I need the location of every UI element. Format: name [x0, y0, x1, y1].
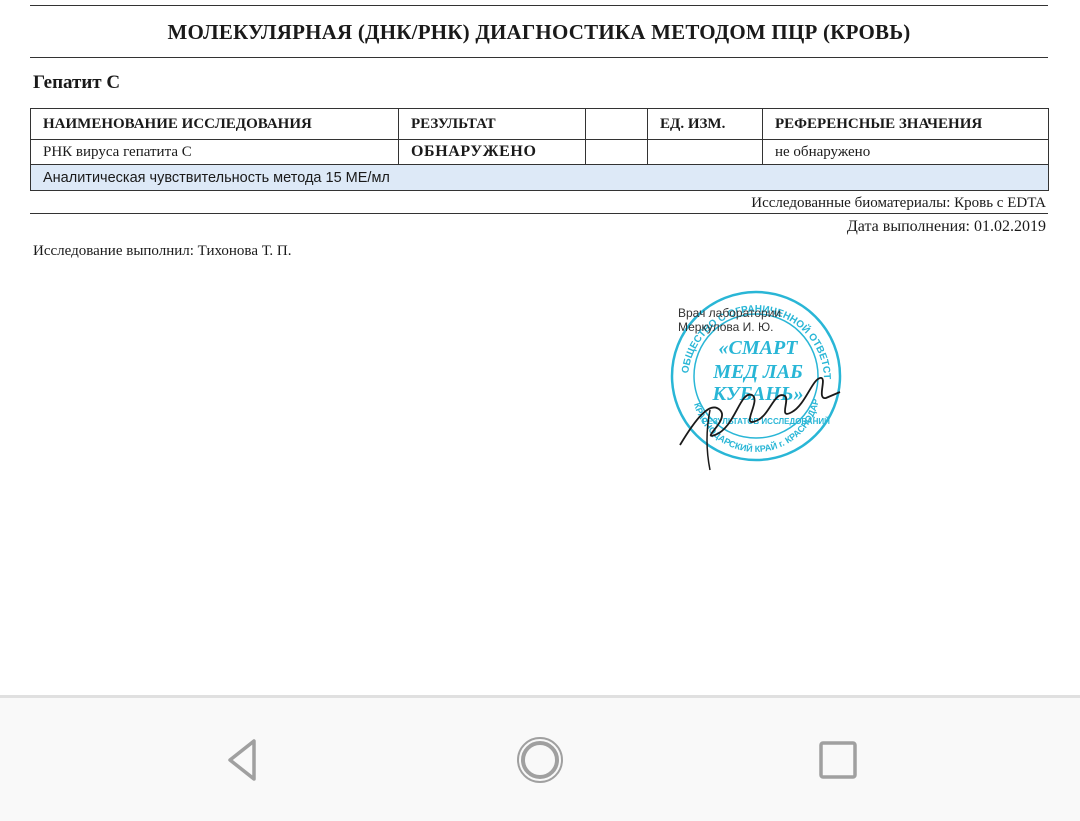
cell-test-name: РНК вируса гепатита С	[31, 140, 399, 165]
results-table: НАИМЕНОВАНИЕ ИССЛЕДОВАНИЯ РЕЗУЛЬТАТ ЕД. …	[30, 108, 1049, 191]
recents-button[interactable]	[808, 730, 868, 790]
home-button[interactable]	[510, 730, 570, 790]
home-circle-icon	[514, 734, 566, 786]
report-title: МОЛЕКУЛЯРНАЯ (ДНК/РНК) ДИАГНОСТИКА МЕТОД…	[30, 20, 1048, 45]
back-triangle-icon	[222, 736, 262, 784]
header-result: РЕЗУЛЬТАТ	[399, 109, 586, 140]
doctor-role: Врач лаборатории	[678, 306, 781, 320]
header-reference: РЕФЕРЕНСНЫЕ ЗНАЧЕНИЯ	[763, 109, 1049, 140]
completion-date: Дата выполнения: 01.02.2019	[847, 218, 1046, 236]
table-row: РНК вируса гепатита С ОБНАРУЖЕНО не обна…	[31, 140, 1049, 165]
cell-flag	[586, 140, 648, 165]
top-rule	[30, 5, 1048, 6]
stamp-icon: ОБЩЕСТВО С ОГРАНИЧЕННОЙ ОТВЕТСТВЕННОСТЬЮ…	[640, 270, 870, 480]
biomaterial-text: Исследованные биоматериалы: Кровь с EDTA	[751, 195, 1046, 212]
lab-stamp: ОБЩЕСТВО С ОГРАНИЧЕННОЙ ОТВЕТСТВЕННОСТЬЮ…	[640, 270, 870, 480]
signature-text: Врач лаборатории Меркулова И. Ю.	[678, 306, 781, 334]
table-note-row: Аналитическая чувствительность метода 15…	[31, 165, 1049, 191]
svg-text:МЕД ЛАБ: МЕД ЛАБ	[712, 361, 803, 383]
section-title: Гепатит С	[33, 72, 120, 94]
table-header-row: НАИМЕНОВАНИЕ ИССЛЕДОВАНИЯ РЕЗУЛЬТАТ ЕД. …	[31, 109, 1049, 140]
cell-units	[648, 140, 763, 165]
android-navigation-bar	[0, 695, 1080, 821]
sensitivity-note: Аналитическая чувствительность метода 15…	[31, 165, 1049, 191]
recents-square-icon	[816, 738, 860, 782]
cell-reference: не обнаружено	[763, 140, 1049, 165]
cell-result: ОБНАРУЖЕНО	[399, 140, 586, 165]
header-test-name: НАИМЕНОВАНИЕ ИССЛЕДОВАНИЯ	[31, 109, 399, 140]
svg-text:«СМАРТ: «СМАРТ	[719, 337, 799, 359]
report-document: МОЛЕКУЛЯРНАЯ (ДНК/РНК) ДИАГНОСТИКА МЕТОД…	[0, 0, 1080, 695]
footer-rule	[30, 213, 1048, 214]
back-button[interactable]	[212, 730, 272, 790]
header-flag	[586, 109, 648, 140]
doctor-name: Меркулова И. Ю.	[678, 320, 781, 334]
performer-text: Исследование выполнил: Тихонова Т. П.	[33, 243, 291, 260]
header-units: ЕД. ИЗМ.	[648, 109, 763, 140]
svg-text:КУБАНЬ»: КУБАНЬ»	[712, 383, 804, 405]
title-rule	[30, 57, 1048, 58]
